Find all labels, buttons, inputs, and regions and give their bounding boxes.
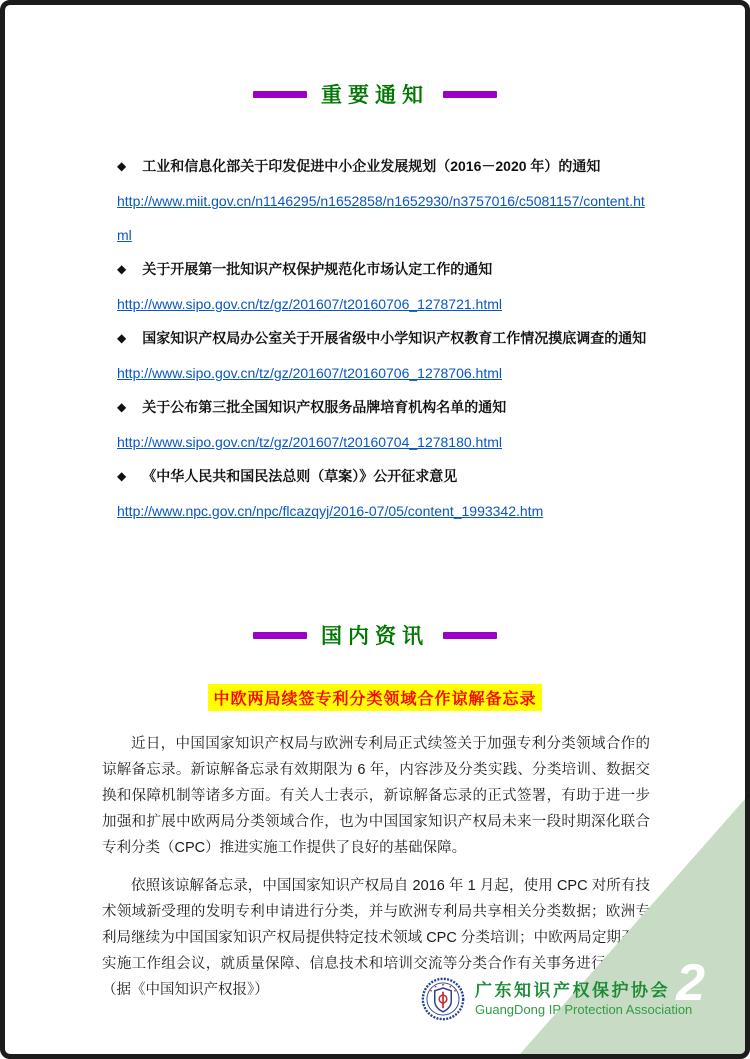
notice-item: ◆工业和信息化部关于印发促进中小企业发展规划（2016－2020 年）的通知 h… — [117, 149, 653, 252]
notice-item: ◆关于公布第三批全国知识产权服务品牌培育机构名单的通知 http://www.s… — [117, 390, 653, 459]
dash-decoration-right — [443, 91, 497, 98]
dash-decoration-left — [253, 632, 307, 639]
footer: 广东知识产权保护协会 GuangDong IP Protection Assoc… — [421, 977, 692, 1021]
article-headline: 中欧两局续签专利分类领域合作谅解备忘录 — [208, 684, 541, 711]
notice-title-text: 《中华人民共和国民法总则（草案）》公开征求意见 — [142, 468, 457, 484]
diamond-bullet-icon: ◆ — [117, 400, 126, 414]
diamond-bullet-icon: ◆ — [117, 262, 126, 276]
notice-title-text: 国家知识产权局办公室关于开展省级中小学知识产权教育工作情况摸底调查的通知 — [142, 330, 646, 346]
notice-item: ◆关于开展第一批知识产权保护规范化市场认定工作的通知 http://www.si… — [117, 252, 653, 321]
section-title: 国内资讯 — [321, 620, 429, 650]
notice-item: ◆《中华人民共和国民法总则（草案）》公开征求意见 http://www.npc.… — [117, 459, 653, 528]
section-header-domestic-news: 国内资讯 — [5, 620, 745, 650]
notice-title: ◆工业和信息化部关于印发促进中小企业发展规划（2016－2020 年）的通知 — [117, 149, 653, 184]
footer-org-names: 广东知识产权保护协会 GuangDong IP Protection Assoc… — [475, 980, 692, 1018]
article-headline-row: 中欧两局续签专利分类领域合作谅解备忘录 — [5, 684, 745, 711]
notice-link[interactable]: http://www.sipo.gov.cn/tz/gz/201607/t201… — [117, 425, 653, 459]
dash-decoration-left — [253, 91, 307, 98]
notice-item: ◆国家知识产权局办公室关于开展省级中小学知识产权教育工作情况摸底调查的通知 ht… — [117, 321, 653, 390]
article-paragraph-1: 近日，中国国家知识产权局与欧洲专利局正式续签关于加强专利分类领域合作的谅解备忘录… — [102, 731, 650, 861]
notice-title: ◆关于开展第一批知识产权保护规范化市场认定工作的通知 — [117, 252, 653, 287]
newsletter-page: 重要通知 ◆工业和信息化部关于印发促进中小企业发展规划（2016－2020 年）… — [0, 0, 750, 1059]
notice-link[interactable]: http://www.npc.gov.cn/npc/flcazqyj/2016-… — [117, 494, 653, 528]
notice-title: ◆关于公布第三批全国知识产权服务品牌培育机构名单的通知 — [117, 390, 653, 425]
diamond-bullet-icon: ◆ — [117, 331, 126, 345]
notice-link[interactable]: http://www.miit.gov.cn/n1146295/n1652858… — [117, 184, 653, 252]
diamond-bullet-icon: ◆ — [117, 159, 126, 173]
notice-title: ◆《中华人民共和国民法总则（草案）》公开征求意见 — [117, 459, 653, 494]
section-title: 重要通知 — [321, 79, 429, 109]
notice-title-text: 关于开展第一批知识产权保护规范化市场认定工作的通知 — [142, 261, 492, 277]
footer-org-name-en: GuangDong IP Protection Association — [475, 1002, 692, 1018]
notice-title: ◆国家知识产权局办公室关于开展省级中小学知识产权教育工作情况摸底调查的通知 — [117, 321, 653, 356]
footer-org-name-cn: 广东知识产权保护协会 — [475, 980, 692, 1002]
section-header-important-notices: 重要通知 — [5, 79, 745, 109]
notice-list: ◆工业和信息化部关于印发促进中小企业发展规划（2016－2020 年）的通知 h… — [117, 149, 653, 528]
diamond-bullet-icon: ◆ — [117, 469, 126, 483]
dash-decoration-right — [443, 632, 497, 639]
notice-title-text: 工业和信息化部关于印发促进中小企业发展规划（2016－2020 年）的通知 — [142, 158, 600, 174]
notice-title-text: 关于公布第三批全国知识产权服务品牌培育机构名单的通知 — [142, 399, 506, 415]
association-logo-icon — [421, 977, 465, 1021]
notice-link[interactable]: http://www.sipo.gov.cn/tz/gz/201607/t201… — [117, 356, 653, 390]
notice-link[interactable]: http://www.sipo.gov.cn/tz/gz/201607/t201… — [117, 287, 653, 321]
page-number: 2 — [676, 957, 705, 1009]
